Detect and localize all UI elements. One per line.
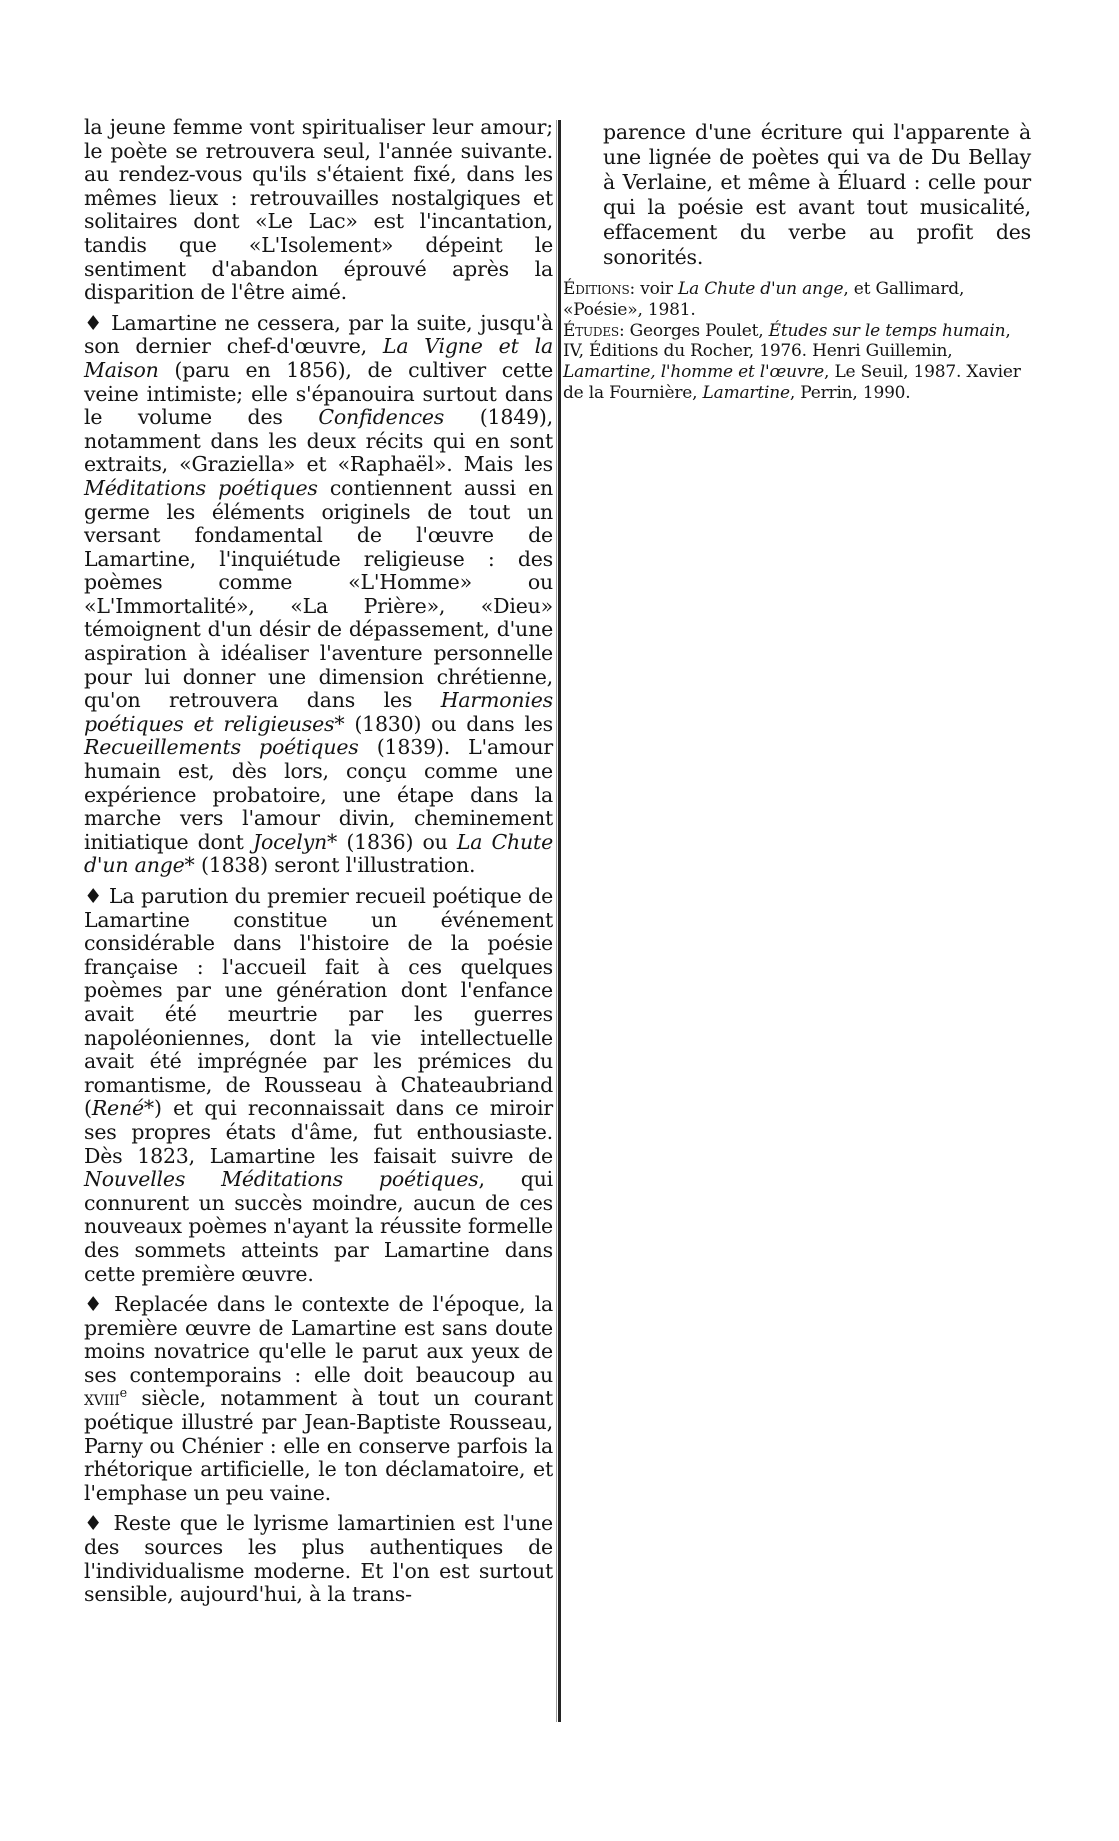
paragraph-continuation: la jeune femme vont spiritualiser leur a…: [84, 116, 553, 305]
text-segment: xviii: [84, 1386, 120, 1410]
text-segment: Recueillements poétiques: [84, 735, 359, 759]
text-segment: contiennent aussi en germe les éléments …: [84, 476, 553, 712]
text-segment: : voir: [629, 279, 678, 299]
bibliography-etudes: Études: Georges Poulet, Études sur le te…: [563, 321, 1031, 404]
text-segment: : Georges Poulet,: [619, 321, 769, 341]
text-segment: Nouvelles Méditations poétiques: [84, 1167, 478, 1191]
text-segment: Éditions: [563, 279, 629, 299]
text-segment: ♦ Replacée dans le contexte de l'époque,…: [84, 1292, 553, 1387]
paragraph-continuation-transparence: parence d'une écriture qui l'apparente à…: [603, 120, 1031, 270]
text-segment: Lamartine, l'homme et l'œuvre: [563, 362, 824, 382]
left-column: la jeune femme vont spiritualiser leur a…: [84, 116, 553, 1607]
text-segment: Méditations poétiques: [84, 476, 318, 500]
paragraph-lamartine-veine-intimiste: ♦ Lamartine ne cessera, par la suite, ju…: [84, 312, 553, 878]
text-segment: (1830) ou dans les: [344, 712, 553, 736]
text-segment: , Perrin, 1990.: [790, 383, 911, 403]
bibliography-editions: Éditions: voir La Chute d'un ange, et Ga…: [563, 279, 1031, 321]
column-divider: [556, 120, 561, 1722]
paragraph-parution-premier-recueil: ♦ La parution du premier recueil poétiqu…: [84, 885, 553, 1286]
text-segment: René*: [92, 1096, 154, 1120]
text-segment: ) et qui reconnaissait dans ce miroir se…: [84, 1096, 553, 1167]
text-segment: (1836) ou: [337, 830, 457, 854]
text-segment: e: [120, 1386, 127, 1401]
text-segment: Jocelyn*: [253, 830, 337, 854]
right-column-text: parence d'une écriture qui l'apparente à…: [563, 120, 1031, 270]
paragraph-replacee-contexte: ♦ Replacée dans le contexte de l'époque,…: [84, 1293, 553, 1505]
bibliography: Éditions: voir La Chute d'un ange, et Ga…: [563, 279, 1031, 404]
text-segment: Études sur le temps humain: [769, 321, 1006, 341]
right-column: parence d'une écriture qui l'apparente à…: [563, 120, 1031, 404]
text-segment: Confidences: [318, 405, 444, 429]
text-segment: ♦ La parution du premier recueil poétiqu…: [84, 884, 553, 1120]
scanned-page: la jeune femme vont spiritualiser leur a…: [0, 0, 1119, 1841]
text-segment: ♦ Reste que le lyrisme lamartinien est l…: [84, 1511, 553, 1606]
text-segment: La Chute d'un ange: [678, 279, 843, 299]
text-segment: la jeune femme vont spiritualiser leur a…: [84, 115, 553, 304]
text-segment: parence d'une écriture qui l'apparente à…: [603, 120, 1031, 269]
text-segment: Études: [563, 321, 619, 341]
text-segment: Lamartine: [703, 383, 790, 403]
text-segment: (1838) seront l'illustration.: [195, 853, 476, 877]
paragraph-lyrisme-lamartinien: ♦ Reste que le lyrisme lamartinien est l…: [84, 1512, 553, 1606]
text-segment: siècle, notamment à tout un courant poét…: [84, 1386, 553, 1504]
